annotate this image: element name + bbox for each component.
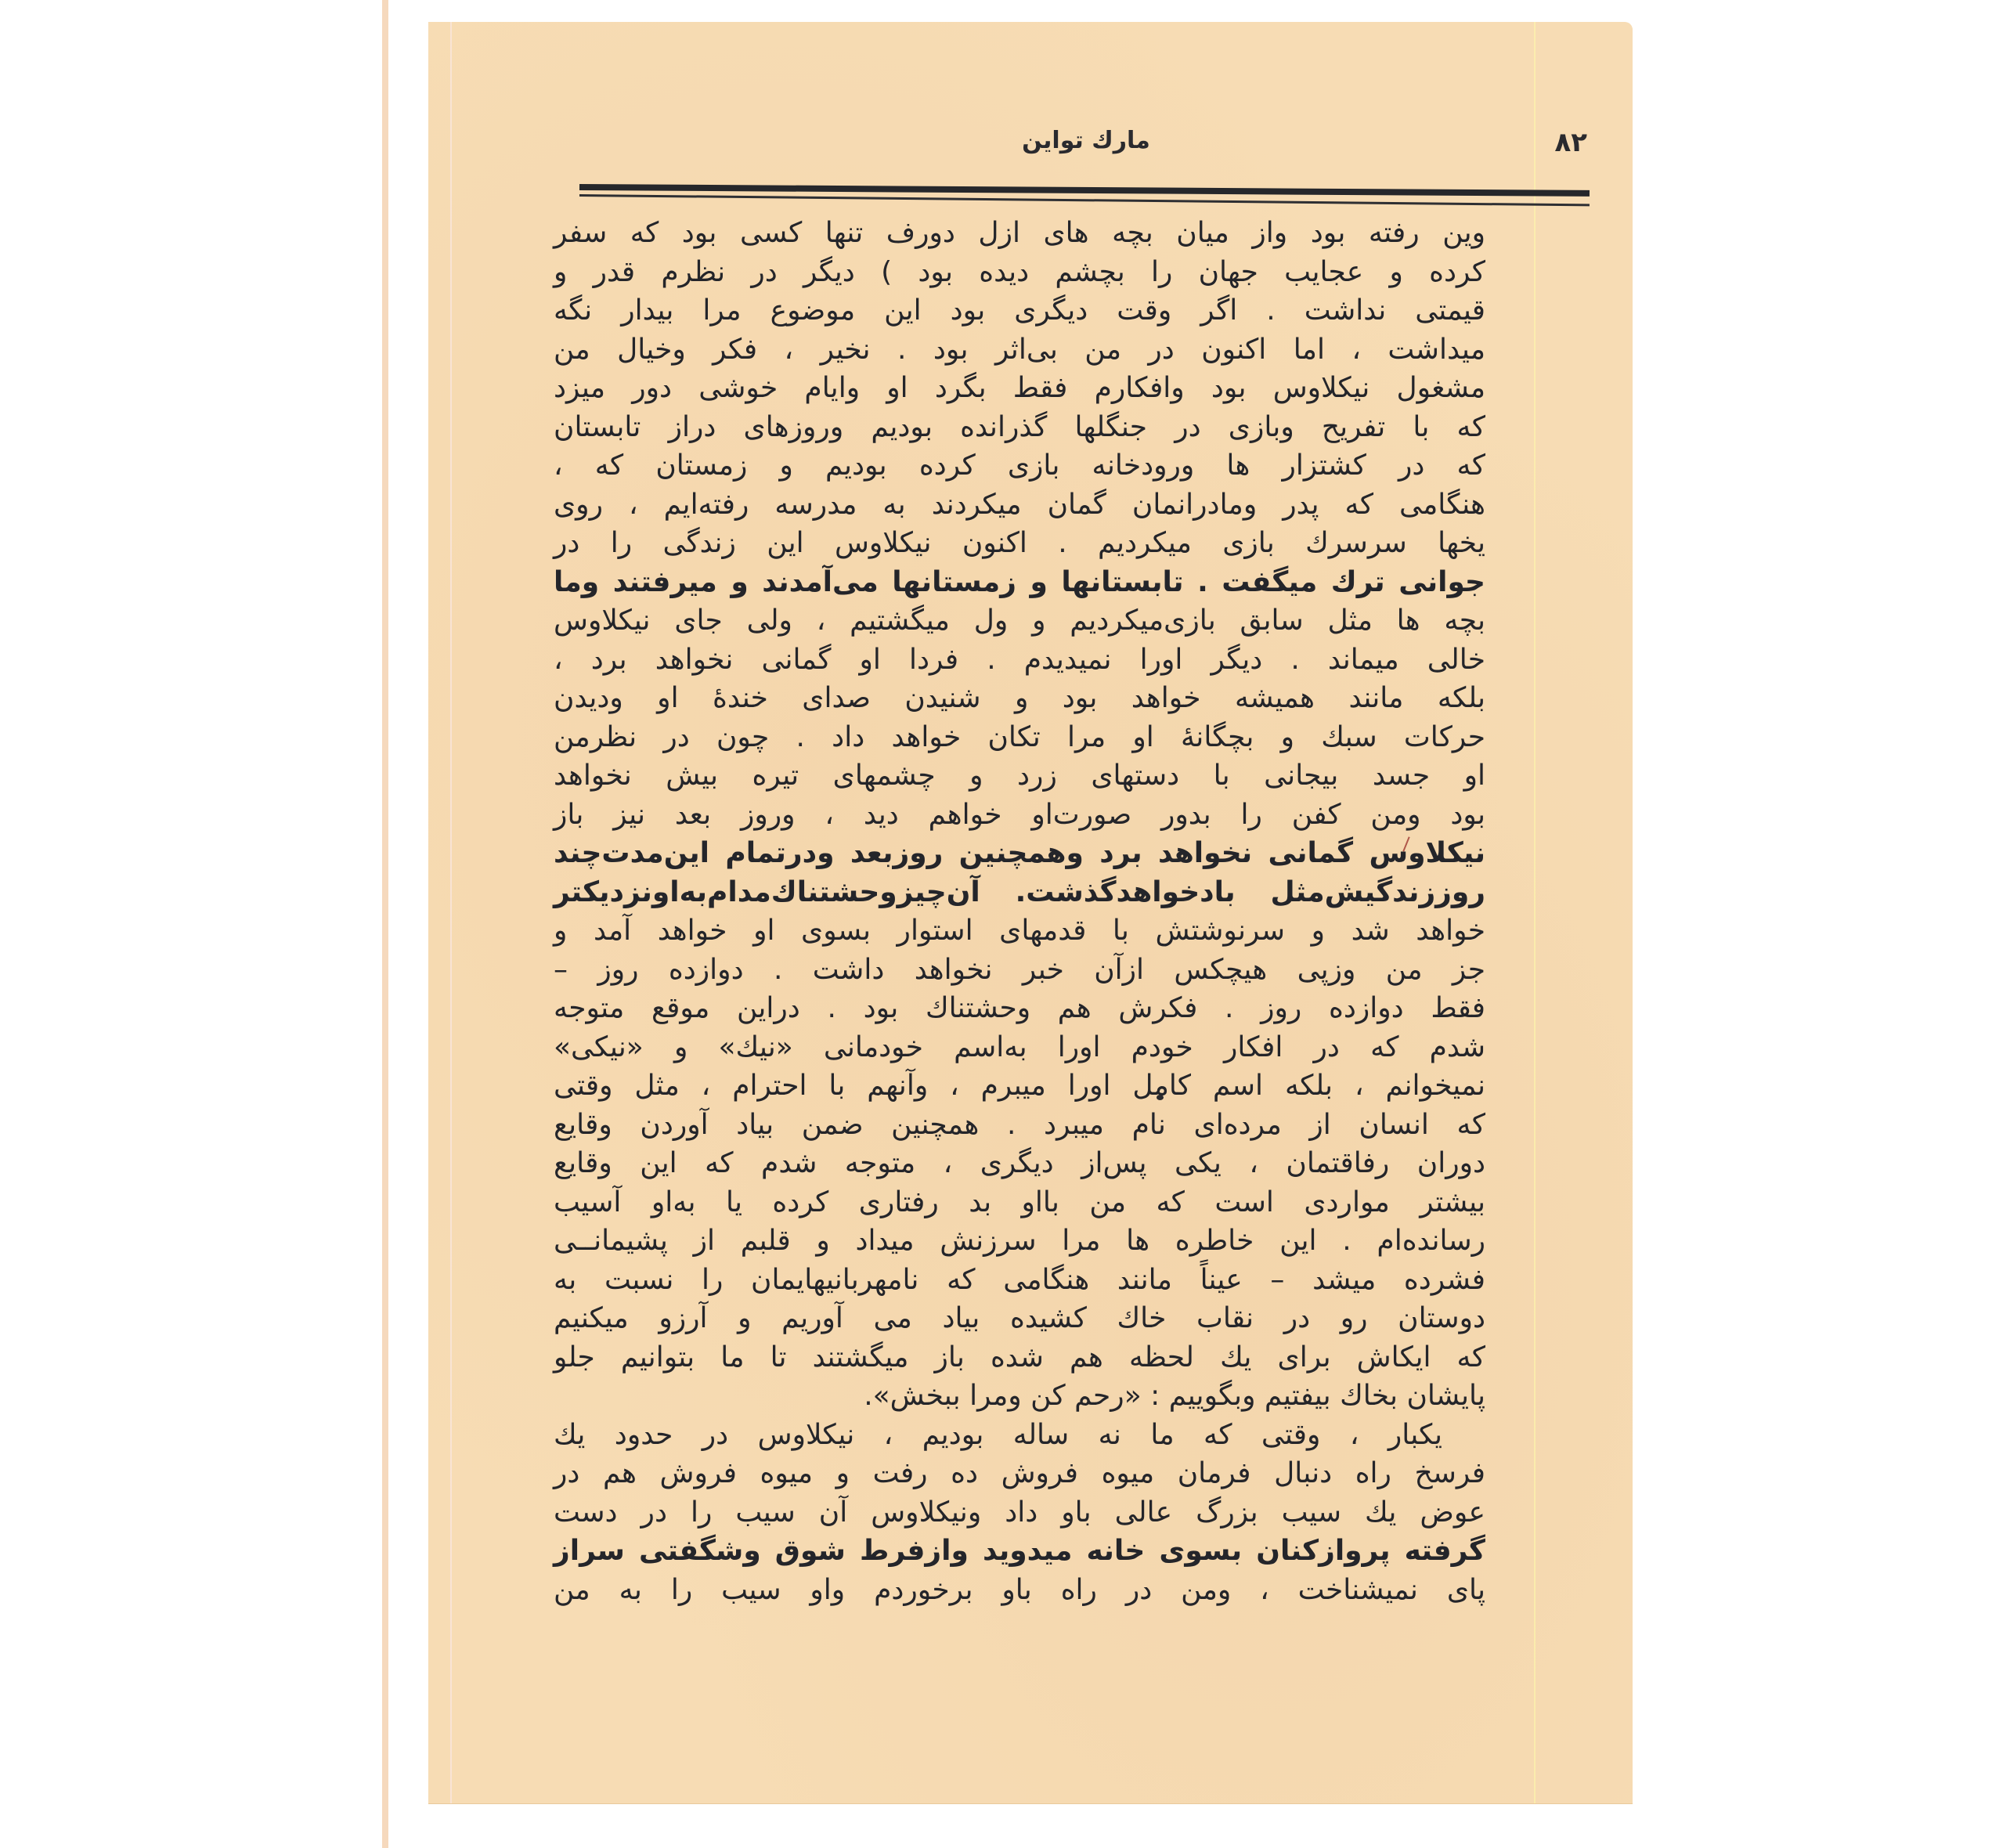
text-line: نیکلاوس گمانی نخواهد برد وهمچنین روزبعد … [554, 834, 1485, 873]
text-line: که با تفریح وبازی در جنگلها گذرانده بودی… [554, 408, 1485, 447]
text-line: بیشتر مواردی است که من بااو بد رفتاری کر… [554, 1183, 1485, 1222]
text-line: که در کشتزار ها ورودخانه بازی کرده بودیم… [554, 446, 1485, 485]
text-line: او جسد بیجانی با دستهای زرد و چشمهای تیر… [554, 756, 1485, 796]
text-line: بود ومن کفن را بدور صورت‌او خواهم دید ، … [554, 796, 1485, 835]
text-line: بچه ها مثل سابق بازی‌میکردیم و ول میگشتی… [554, 601, 1485, 641]
text-line: جوانی ترك میگفت . تابستانها و زمستانها م… [554, 563, 1485, 602]
body-text: وین رفته بود واز میان بچه های ازل دورف ت… [554, 214, 1485, 1609]
book-page: ۸۲ مارك تواين وین رفته بود واز میان بچه … [428, 22, 1633, 1803]
running-head: ۸۲ مارك تواين [585, 127, 1587, 174]
text-line: رسانده‌ام . این خاطره ها مرا سرزنش میداد… [554, 1222, 1485, 1261]
text-line: نمیخوانم ، بلکه اسم کامل اورا میبرم ، وآ… [554, 1067, 1485, 1106]
text-line: فشرده میشد – عیناً مانند هنگامی که نامهر… [554, 1261, 1485, 1300]
text-line: یخها سرسرك بازی میکردیم . اکنون نیکلاوس … [554, 524, 1485, 563]
text-line: عوض یك سیب بزرگ عالی باو داد ونیکلاوس آن… [554, 1493, 1485, 1532]
text-line: هنگامی که پدر ومادرانمان گمان میکردند به… [554, 485, 1485, 525]
text-line: فرسخ راه دنبال فرمان میوه فروش ده رفت و … [554, 1454, 1485, 1493]
text-line: کرده و عجایب جهان را بچشم دیده بود ) دیگ… [554, 253, 1485, 292]
text-line: که ایکاش برای یك لحظه هم شده باز میگشتند… [554, 1338, 1485, 1377]
running-title: مارك تواين [585, 127, 1587, 154]
text-line: وین رفته بود واز میان بچه های ازل دورف ت… [554, 214, 1485, 253]
text-line: فقط دوازده روز . فکرش هم وحشتناك بود . د… [554, 989, 1485, 1028]
text-line: گرفته پروازکنان بسوی خانه میدوید وازفرط … [554, 1532, 1485, 1571]
text-line: شدم که در افکار خودم اورا به‌اسم خودمانی… [554, 1028, 1485, 1067]
text-line: حرکات سبك و بچگانهٔ او مرا تکان خواهد دا… [554, 718, 1485, 757]
scanner-margin-strip [382, 0, 388, 1848]
text-line: پای نمیشناخت ، ومن در راه باو برخوردم وا… [554, 1571, 1485, 1610]
text-line: بلکه مانند همیشه خواهد بود و شنیدن صدای … [554, 679, 1485, 718]
text-line: خواهد شد و سرنوشتش با قدمهای استوار بسوی… [554, 911, 1485, 951]
text-line: پایشان بخاك بیفتیم وبگوییم : «رحم کن ومر… [554, 1377, 1485, 1416]
ink-speck [1157, 1095, 1164, 1100]
text-line: جز من وزپی هیچکس ازآن خبر نخواهد داشت . … [554, 951, 1485, 990]
text-line: قیمتی نداشت . اگر وقت دیگری بود این موضو… [554, 291, 1485, 330]
text-line: میداشت ، اما اکنون در من بی‌اثر بود . نخ… [554, 330, 1485, 370]
text-line: یکبار ، وقتی که ما نه ساله بودیم ، نیکلا… [554, 1416, 1485, 1455]
text-line: روززندگیش‌مثل بادخواهدگذشت. آن‌چیزوحشتنا… [554, 873, 1485, 912]
text-line: دوستان رو در نقاب خاك کشیده بیاد می آوری… [554, 1299, 1485, 1338]
text-line: که انسان از مرده‌ای نام میبرد . همچنین ض… [554, 1106, 1485, 1145]
text-line: دوران رفاقتمان ، یکی پس‌از دیگری ، متوجه… [554, 1144, 1485, 1183]
text-line: مشغول نیکلاوس بود وافکارم فقط بگرد او وا… [554, 369, 1485, 408]
header-rule-thick [579, 184, 1590, 197]
text-line: خالی میماند . دیگر اورا نمیدیدم . فردا ا… [554, 641, 1485, 680]
header-rule-thin [579, 194, 1590, 206]
